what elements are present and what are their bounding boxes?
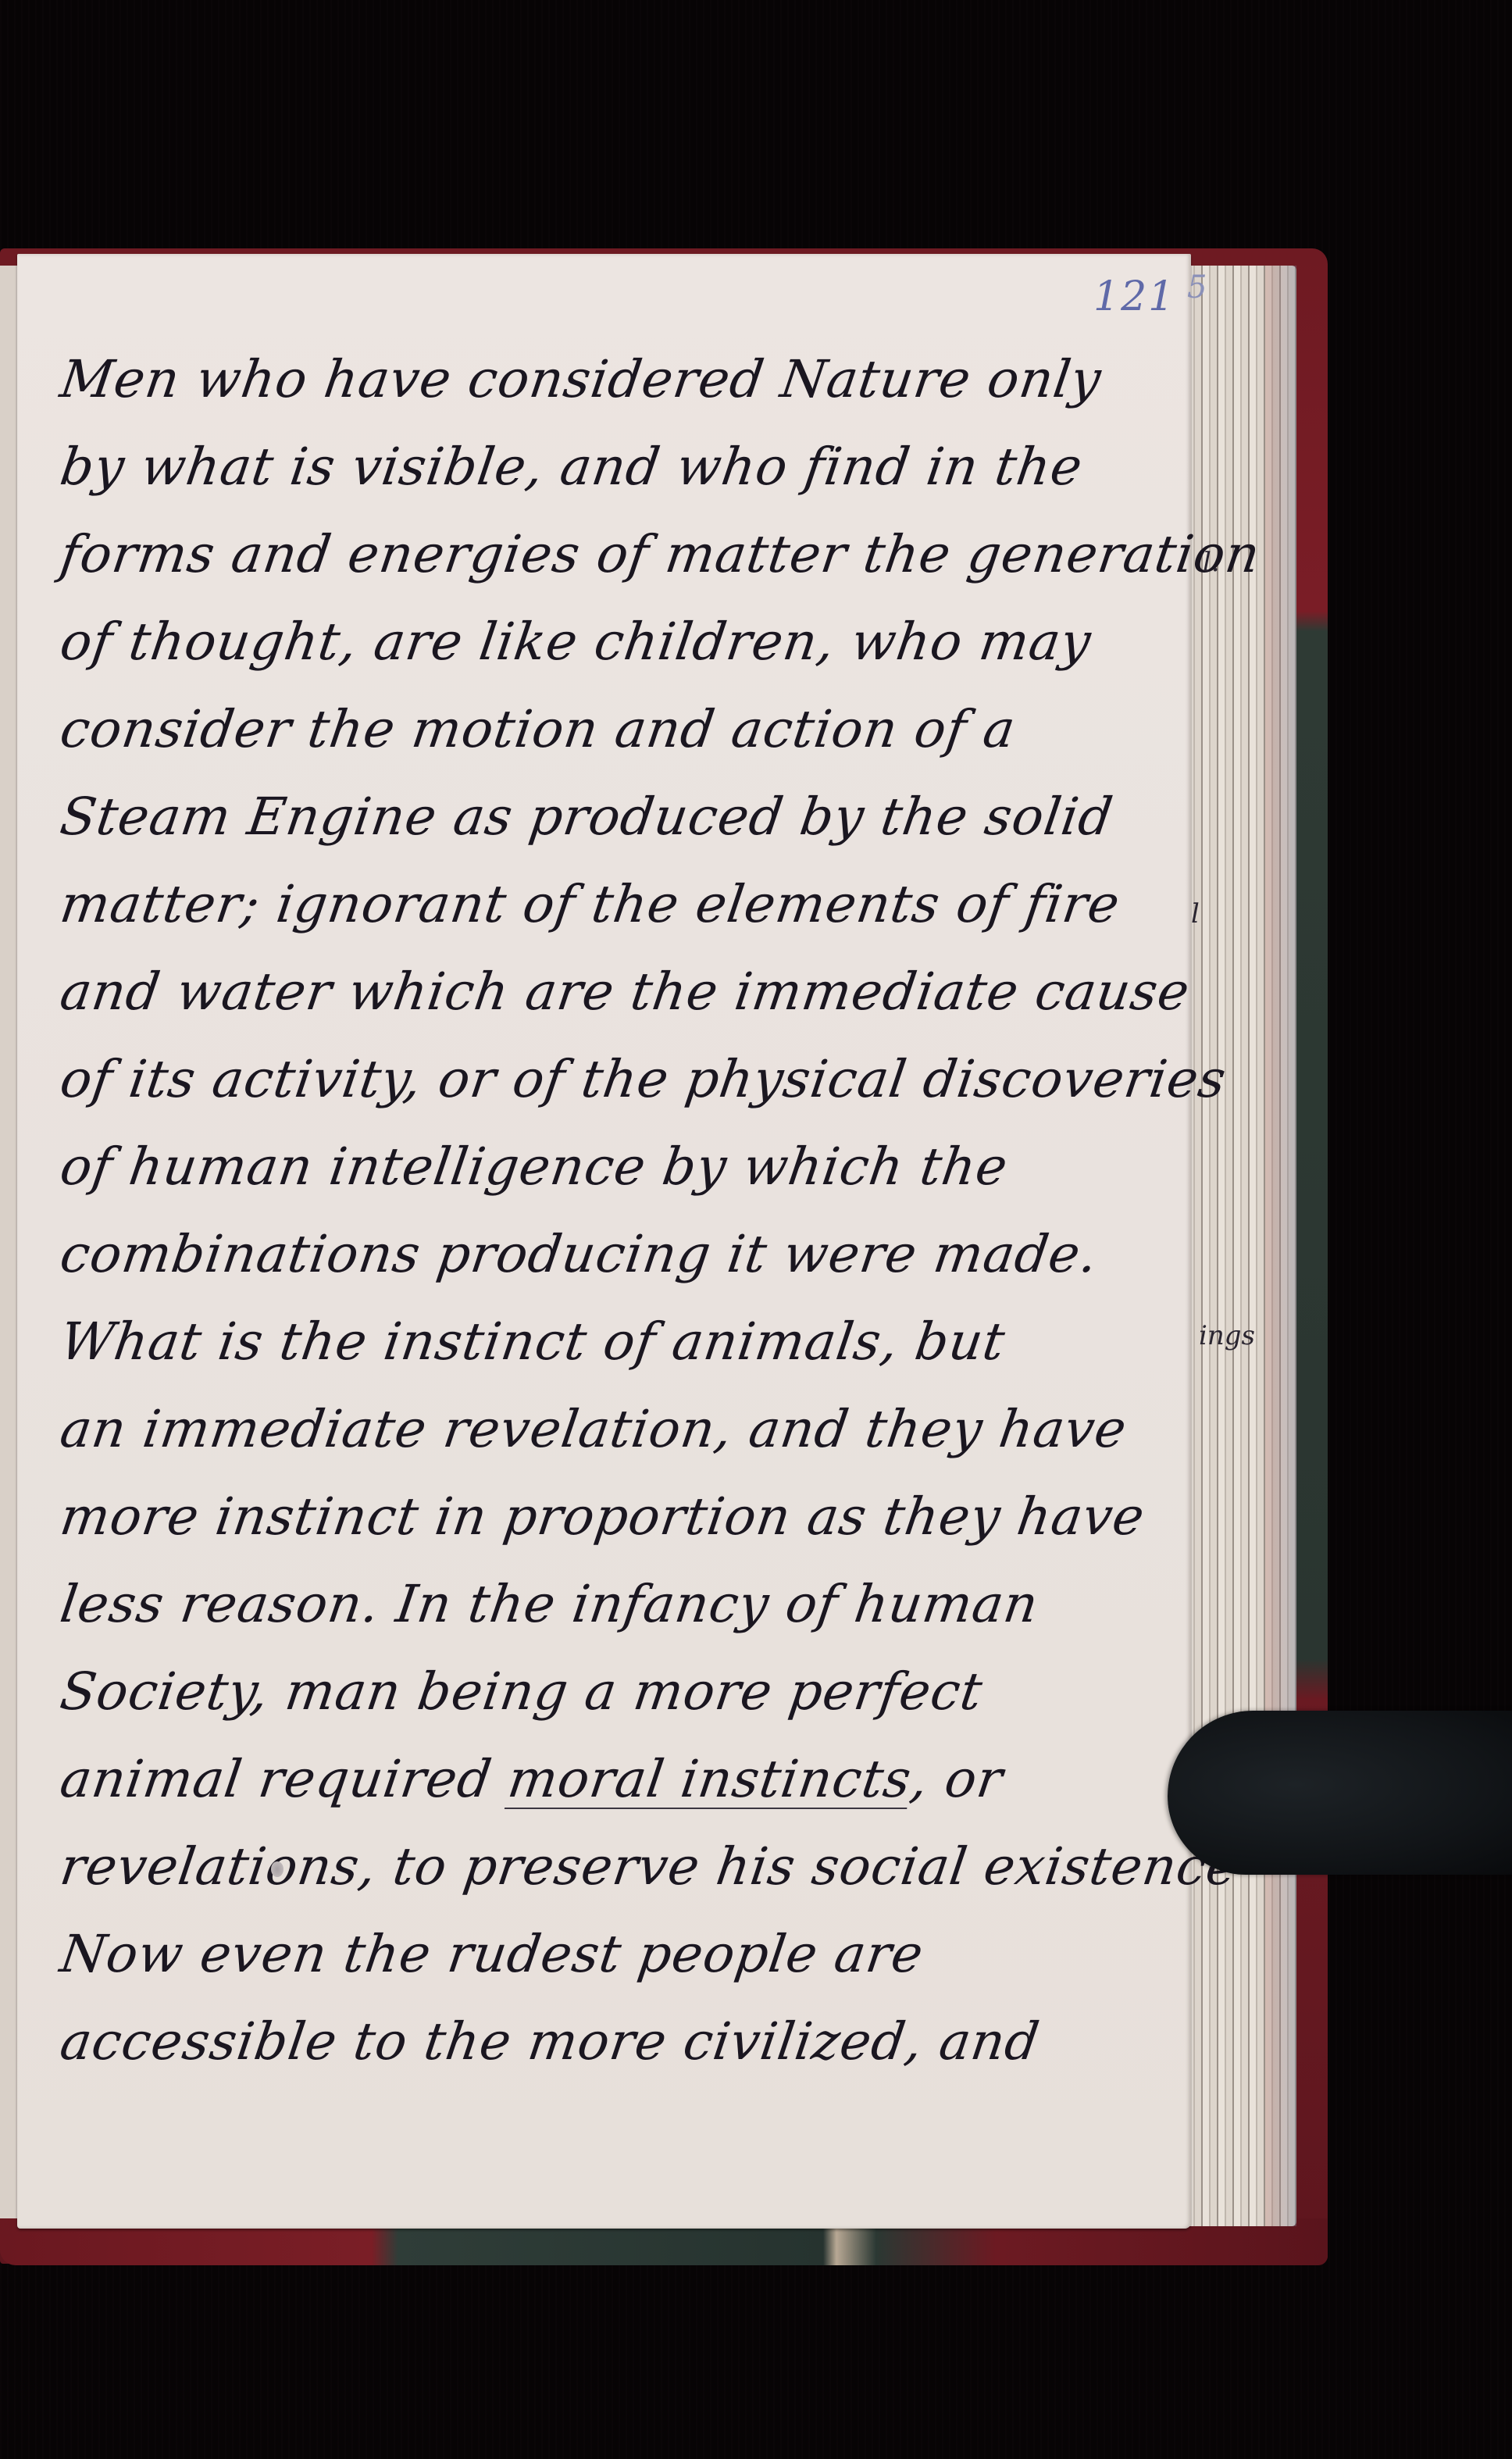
text-line-20: accessible to the more civilized, and [55, 1998, 1207, 2086]
margin-mark: l [1191, 898, 1200, 930]
text-line-17-start: animal required [57, 1749, 496, 1809]
text-line-1: Men who have considered Nature only [55, 336, 1207, 423]
underlying-page-number: 5 [1187, 269, 1207, 305]
text-line-13: an immediate revelation, and they have [55, 1386, 1207, 1473]
text-line-8: and water which are the immediate cause [55, 948, 1207, 1036]
text-line-17-end: , or [907, 1749, 1007, 1809]
text-line-11: combinations producing it were made. [55, 1211, 1207, 1298]
text-line-10: of human intelligence by which the [55, 1123, 1207, 1211]
text-line-6: Steam Engine as produced by the solid [55, 773, 1207, 861]
text-line-18: revelations, to preserve his social exis… [55, 1823, 1207, 1911]
text-line-5: consider the motion and action of a [55, 686, 1207, 773]
text-line-2: by what is visible, and who find in the [55, 423, 1207, 511]
marbled-page-edge [1265, 266, 1296, 2226]
text-line-14: more instinct in proportion as they have [55, 1473, 1207, 1561]
page-number: 121 [1093, 273, 1175, 320]
text-line-15: less reason. In the infancy of human [55, 1561, 1207, 1648]
text-line-19: Now even the rudest people are [55, 1911, 1207, 1998]
margin-mark: ings [1199, 1320, 1255, 1351]
text-line-9: of its activity, or of the physical disc… [55, 1036, 1207, 1123]
text-line-17: animal required moral instincts, or [55, 1736, 1207, 1823]
handwritten-text: Men who have considered Nature only by w… [55, 336, 1195, 2086]
text-line-12: What is the instinct of animals, but [55, 1298, 1207, 1386]
margin-mark: l. [1203, 547, 1220, 578]
text-line-16: Society, man being a more perfect [55, 1648, 1207, 1736]
text-line-4: of thought, are like children, who may [55, 598, 1207, 686]
gloved-thumb [1168, 1711, 1512, 1875]
text-line-7: matter; ignorant of the elements of fire [55, 861, 1207, 948]
paper-stain [271, 1861, 283, 1877]
underlined-phrase: moral instincts [505, 1749, 915, 1809]
text-line-3: forms and energies of matter the generat… [55, 511, 1207, 598]
